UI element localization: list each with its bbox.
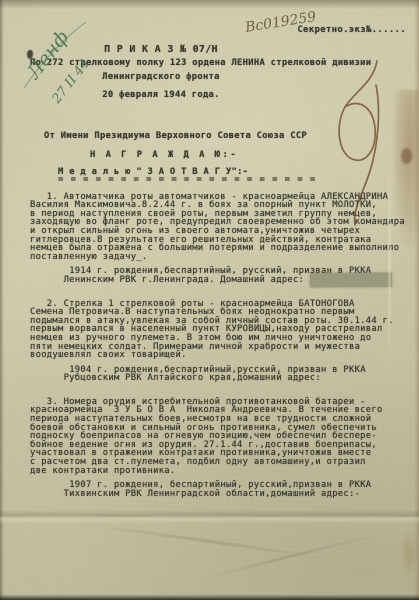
- fold-crease: [0, 510, 419, 524]
- page-bottom-shadow: [0, 594, 419, 600]
- entry-bio: 1907 г. рождения, беспартийный, русский,…: [30, 481, 410, 498]
- order-subtitle-regiment: По 272 стрелковому полку 123 ордена ЛЕНИ…: [30, 58, 410, 69]
- order-title: П Р И К А З № 07/Н: [30, 44, 292, 56]
- stain-bottom-right: [401, 530, 417, 578]
- crease-diagonal-2: [202, 533, 377, 579]
- preamble-line: От Имени Президиума Верховного Совета Со…: [44, 131, 410, 141]
- classification-line: Секретно.экз№......: [30, 26, 410, 35]
- entry-citation: 2. Стрелка 1 стрелковой роты - красноарм…: [30, 300, 410, 360]
- page-top-shadow: [0, 0, 419, 9]
- award-entry-2: 2. Стрелка 1 стрелковой роты - красноарм…: [30, 300, 410, 383]
- order-subtitle-front: Ленинградского фронта: [30, 72, 292, 83]
- award-entry-3: 3. Номера орудия истребительной противот…: [30, 398, 410, 499]
- entry-citation: 3. Номера орудия истребительной противот…: [30, 398, 410, 475]
- typed-text-block: Секретно.экз№...... П Р И К А З № 07/Н П…: [30, 26, 410, 513]
- document-page: Секретно.экз№...... П Р И К А З № 07/Н П…: [0, 0, 419, 600]
- entry-bio: 1904 г. рождения,беспартийный,русский, п…: [30, 366, 410, 383]
- crease-vertical: [388, 150, 391, 370]
- award-line: Н А Г Р А Ж Д А Ю:-: [90, 150, 410, 160]
- entry-citation: 1. Автоматчика роты автоматчиков - красн…: [30, 193, 410, 262]
- medal-underline: = = = = = = = = = = = = = = = = = = = = …: [58, 176, 410, 184]
- order-date: 20 февраля 1944 года.: [30, 90, 292, 100]
- redaction-box: [310, 273, 392, 288]
- award-entry-1: 1. Автоматчика роты автоматчиков - красн…: [30, 193, 410, 285]
- award-entries: 1. Автоматчика роты автоматчиков - красн…: [30, 193, 410, 499]
